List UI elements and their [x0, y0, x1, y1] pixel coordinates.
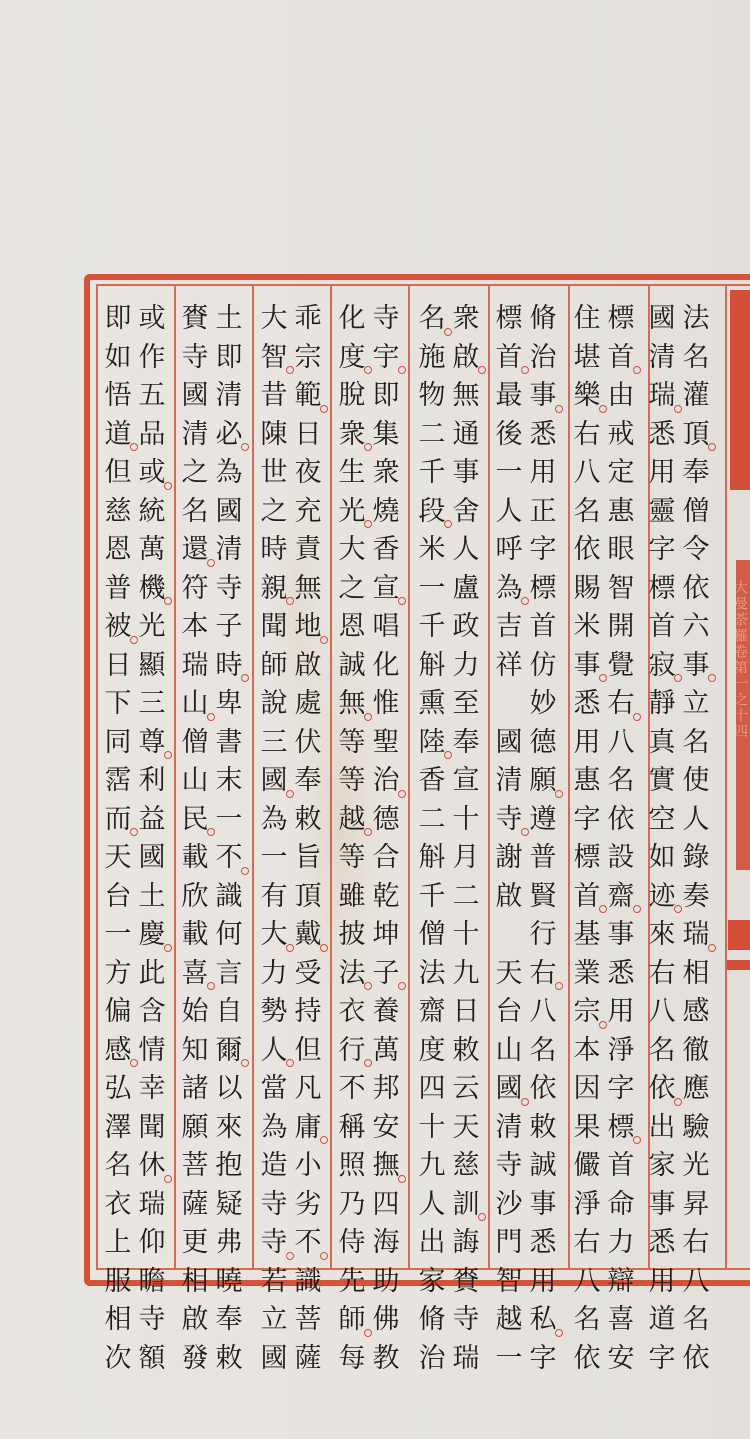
character: 惠	[605, 493, 637, 532]
character: 至	[450, 685, 482, 724]
character: 右	[646, 955, 678, 994]
character: 若	[258, 1263, 290, 1302]
character: 下	[102, 685, 134, 724]
character: 陸	[416, 724, 448, 763]
column-rule	[568, 286, 570, 1268]
character: 台	[493, 993, 525, 1032]
character: 覺	[605, 647, 637, 686]
character: 首	[605, 1147, 637, 1186]
character: 依	[680, 1340, 712, 1379]
character: 國	[258, 1340, 290, 1379]
character: 國	[179, 377, 211, 416]
character: 家	[416, 1263, 448, 1302]
character: 熏	[416, 685, 448, 724]
character: 師	[258, 647, 290, 686]
character: 受	[292, 955, 324, 994]
character: 戒	[605, 416, 637, 455]
character: 開	[605, 608, 637, 647]
character: 舍	[450, 493, 482, 532]
character: 欣	[179, 878, 211, 917]
character: 助	[370, 1263, 402, 1302]
character: 僧	[416, 916, 448, 955]
character: 基	[571, 916, 603, 955]
character: 名	[680, 724, 712, 763]
character: 脩	[527, 300, 559, 339]
character: 菩	[179, 1147, 211, 1186]
character: 國	[213, 493, 245, 532]
text-column: 乖宗範日夜充責無地啟處伏奉敕旨頂戴受持但凡庸小劣不識菩薩	[292, 300, 324, 1378]
character: 十	[450, 916, 482, 955]
character: 堪	[571, 339, 603, 378]
character: 通	[450, 416, 482, 455]
character: 字	[527, 1340, 559, 1379]
character: 即	[213, 339, 245, 378]
character: 小	[292, 1147, 324, 1186]
character: 法	[336, 955, 368, 994]
character: 但	[102, 454, 134, 493]
column-rule	[174, 286, 176, 1268]
character: 誠	[336, 647, 368, 686]
character: 名	[571, 493, 603, 532]
character: 造	[258, 1147, 290, 1186]
character: 力	[450, 647, 482, 686]
character: 乾	[370, 878, 402, 917]
character: 昇	[680, 1186, 712, 1225]
character: 坤	[370, 916, 402, 955]
character: 斛	[416, 839, 448, 878]
character: 邦	[370, 1070, 402, 1109]
character: 衆	[450, 300, 482, 339]
character: 宇	[370, 339, 402, 378]
character: 敕	[527, 1109, 559, 1148]
character: 此	[136, 955, 168, 994]
character: 清	[179, 416, 211, 455]
character: 世	[258, 454, 290, 493]
character: 如	[646, 839, 678, 878]
character: 清	[213, 531, 245, 570]
text-column: 住堪樂右八名依賜米事悉用惠字標首基業宗本因果儼淨右八名依	[571, 300, 603, 1378]
character: 願	[527, 762, 559, 801]
character: 不	[336, 1070, 368, 1109]
character: 三	[136, 685, 168, 724]
character: 字	[527, 531, 559, 570]
character: 淨	[605, 1032, 637, 1071]
character: 八	[571, 1263, 603, 1302]
character: 衆	[336, 416, 368, 455]
character: 私	[527, 1301, 559, 1340]
character: 燒	[370, 493, 402, 532]
character: 本	[179, 608, 211, 647]
character: 悉	[646, 416, 678, 455]
character: 偏	[102, 993, 134, 1032]
character: 治	[416, 1340, 448, 1379]
character: 爾	[213, 1032, 245, 1071]
character: 賜	[571, 570, 603, 609]
character: 悉	[527, 416, 559, 455]
character: 而	[102, 801, 134, 840]
character: 上	[102, 1224, 134, 1263]
character: 持	[292, 993, 324, 1032]
character: 十	[416, 1109, 448, 1148]
character: 方	[102, 955, 134, 994]
character: 賚	[450, 1263, 482, 1302]
character: 行	[336, 1032, 368, 1071]
character: 悉	[605, 955, 637, 994]
character: 夜	[292, 454, 324, 493]
margin-tab-lower	[728, 920, 750, 950]
character: 九	[450, 955, 482, 994]
character: 衣	[102, 1186, 134, 1225]
character: 三	[258, 724, 290, 763]
character: 標	[605, 300, 637, 339]
character: 仰	[136, 1224, 168, 1263]
character: 每	[336, 1340, 368, 1379]
character: 養	[370, 993, 402, 1032]
character: 知	[179, 1032, 211, 1071]
character: 頂	[680, 416, 712, 455]
character: 迹	[646, 878, 678, 917]
column-rule	[488, 286, 490, 1268]
character: 八	[527, 993, 559, 1032]
character: 首	[571, 878, 603, 917]
character: 不	[292, 1224, 324, 1263]
character: 米	[571, 608, 603, 647]
character: 宣	[370, 570, 402, 609]
character: 右	[680, 1224, 712, 1263]
character: 灌	[680, 377, 712, 416]
character: 一	[493, 454, 525, 493]
character: 人	[416, 1186, 448, 1225]
character: 立	[680, 685, 712, 724]
character: 尊	[136, 724, 168, 763]
character: 被	[102, 608, 134, 647]
character: 標	[571, 839, 603, 878]
character: 國	[646, 300, 678, 339]
character: 乖	[292, 300, 324, 339]
character: 為	[258, 1109, 290, 1148]
character: 眼	[605, 531, 637, 570]
character: 四	[370, 1186, 402, 1225]
character: 千	[416, 878, 448, 917]
character: 伏	[292, 724, 324, 763]
character: 最	[493, 377, 525, 416]
character: 相	[680, 955, 712, 994]
character: 使	[680, 762, 712, 801]
character: 自	[213, 993, 245, 1032]
column-rule	[252, 286, 254, 1268]
character: 民	[179, 801, 211, 840]
character: 寺	[258, 1186, 290, 1225]
character: 名	[605, 762, 637, 801]
character: 事	[527, 1186, 559, 1225]
character: 僧	[179, 724, 211, 763]
character: 首	[493, 339, 525, 378]
character: 云	[450, 1070, 482, 1109]
character: 為	[493, 570, 525, 609]
character: 澤	[102, 1109, 134, 1148]
character: 千	[416, 608, 448, 647]
text-column: 即如悟道但慈恩普被日下同霑而天台一方偏感弘澤名衣上服相次	[102, 300, 134, 1378]
character: 普	[527, 839, 559, 878]
character: 諸	[179, 1070, 211, 1109]
character: 事	[571, 647, 603, 686]
character: 謝	[493, 839, 525, 878]
character: 依	[646, 1070, 678, 1109]
character: 事	[680, 647, 712, 686]
character: 設	[605, 839, 637, 878]
character: 果	[571, 1109, 603, 1148]
character: 驗	[680, 1109, 712, 1148]
character: 本	[571, 1032, 603, 1071]
character: 額	[136, 1340, 168, 1379]
manuscript-page: 大曼荼羅卷第一之十四 法名灌頂奉僧令依六事立名使人錄奏瑞相感徹應驗光昇右八名依 …	[0, 0, 750, 1439]
character: 寺	[213, 570, 245, 609]
character: 地	[292, 608, 324, 647]
margin-tab-upper	[730, 290, 750, 490]
character: 標	[493, 300, 525, 339]
character: 名	[680, 1301, 712, 1340]
character: 慈	[102, 493, 134, 532]
character: 作	[136, 339, 168, 378]
character: 師	[336, 1301, 368, 1340]
character: 範	[292, 377, 324, 416]
character: 字	[571, 801, 603, 840]
character: 清	[493, 762, 525, 801]
character: 法	[416, 955, 448, 994]
character: 盧	[450, 570, 482, 609]
character: 名	[102, 1147, 134, 1186]
character: 撫	[370, 1147, 402, 1186]
character: 名	[571, 1301, 603, 1340]
character: 萬	[370, 1032, 402, 1071]
character: 國	[136, 839, 168, 878]
column-space	[493, 685, 525, 724]
character: 瞻	[136, 1263, 168, 1302]
character: 用	[527, 454, 559, 493]
character: 名	[179, 493, 211, 532]
character: 時	[258, 531, 290, 570]
character: 依	[605, 801, 637, 840]
character: 大	[258, 300, 290, 339]
character: 之	[179, 454, 211, 493]
character: 土	[213, 300, 245, 339]
character: 瑞	[450, 1340, 482, 1379]
character: 依	[680, 570, 712, 609]
text-column: 土即清必為國清寺子時卑書末一不識何言自爾以來抱疑弗曉奉敕	[213, 300, 245, 1378]
character: 一	[258, 839, 290, 878]
character: 敕	[213, 1340, 245, 1379]
character: 二	[416, 801, 448, 840]
character: 智	[605, 570, 637, 609]
character: 化	[370, 647, 402, 686]
character: 賚	[179, 300, 211, 339]
character: 十	[450, 801, 482, 840]
character: 光	[136, 608, 168, 647]
character: 霑	[102, 762, 134, 801]
character: 日	[292, 416, 324, 455]
character: 悉	[527, 1224, 559, 1263]
character: 法	[680, 300, 712, 339]
character: 瑞	[646, 377, 678, 416]
character: 道	[646, 1301, 678, 1340]
character: 喜	[179, 955, 211, 994]
character: 相	[102, 1301, 134, 1340]
character: 即	[102, 300, 134, 339]
character: 右	[571, 416, 603, 455]
character: 人	[493, 493, 525, 532]
character: 智	[258, 339, 290, 378]
character: 勢	[258, 993, 290, 1032]
character: 同	[102, 724, 134, 763]
character: 二	[450, 878, 482, 917]
character: 山	[179, 685, 211, 724]
character: 依	[571, 531, 603, 570]
character: 戴	[292, 916, 324, 955]
character: 事	[527, 377, 559, 416]
character: 日	[102, 647, 134, 686]
character: 以	[213, 1070, 245, 1109]
character: 吉	[493, 608, 525, 647]
character: 光	[336, 493, 368, 532]
character: 休	[136, 1147, 168, 1186]
character: 一	[213, 801, 245, 840]
character: 敕	[292, 801, 324, 840]
character: 台	[102, 878, 134, 917]
character: 月	[450, 839, 482, 878]
character: 願	[179, 1109, 211, 1148]
character: 人	[258, 1032, 290, 1071]
character: 凡	[292, 1070, 324, 1109]
character: 如	[102, 339, 134, 378]
character: 千	[416, 454, 448, 493]
character: 政	[450, 608, 482, 647]
margin-tab-lower-strip	[726, 960, 750, 970]
character: 之	[336, 570, 368, 609]
character: 責	[292, 531, 324, 570]
character: 為	[213, 454, 245, 493]
character: 立	[258, 1301, 290, 1340]
character: 唱	[370, 608, 402, 647]
character: 一	[102, 916, 134, 955]
text-column: 賚寺國清之名還符本瑞山僧山民載欣載喜始知諸願菩薩更相啟發	[179, 300, 211, 1378]
character: 顯	[136, 647, 168, 686]
character: 清	[646, 339, 678, 378]
character: 庸	[292, 1109, 324, 1148]
character: 施	[416, 339, 448, 378]
character: 賢	[527, 878, 559, 917]
text-column: 大智昔陳世之時親聞師說三國為一有大力勢人當為造寺寺若立國	[258, 300, 290, 1378]
character: 淨	[571, 1186, 603, 1225]
character: 用	[646, 1263, 678, 1302]
character: 字	[646, 1340, 678, 1379]
text-column: 衆啟無通事舍人盧政力至奉宣十月二十九日敕云天慈訓誨賚寺瑞	[450, 300, 482, 1378]
character: 悉	[646, 1224, 678, 1263]
character: 遵	[527, 801, 559, 840]
character: 服	[102, 1263, 134, 1302]
character: 奉	[292, 762, 324, 801]
character: 越	[493, 1301, 525, 1340]
character: 聞	[258, 608, 290, 647]
text-column: 脩治事悉用正字標首仿妙德願遵普賢行右八名依敕誠事悉用私字	[527, 300, 559, 1378]
character: 祥	[493, 647, 525, 686]
character: 集	[370, 416, 402, 455]
character: 字	[646, 531, 678, 570]
character: 喜	[605, 1301, 637, 1340]
character: 寺	[493, 1147, 525, 1186]
character: 符	[179, 570, 211, 609]
character: 命	[605, 1186, 637, 1225]
character: 陳	[258, 416, 290, 455]
character: 八	[680, 1263, 712, 1302]
character: 齋	[605, 878, 637, 917]
character: 名	[416, 300, 448, 339]
character: 定	[605, 454, 637, 493]
character: 天	[102, 839, 134, 878]
character: 人	[680, 801, 712, 840]
character: 處	[292, 685, 324, 724]
character: 一	[493, 1340, 525, 1379]
text-column: 或作五品或統萬機光顯三尊利益國土慶此含情幸聞休瑞仰瞻寺額	[136, 300, 168, 1378]
character: 徹	[680, 1032, 712, 1071]
character: 啟	[450, 339, 482, 378]
character: 寺	[450, 1301, 482, 1340]
character: 奉	[213, 1301, 245, 1340]
character: 物	[416, 377, 448, 416]
character: 德	[370, 801, 402, 840]
text-column: 名施物二千段米一千斛熏陸香二斛千僧法齋度四十九人出家脩治	[416, 300, 448, 1378]
character: 化	[336, 300, 368, 339]
character: 乃	[336, 1186, 368, 1225]
character: 瑞	[680, 916, 712, 955]
character: 真	[646, 724, 678, 763]
character: 力	[605, 1224, 637, 1263]
character: 誠	[527, 1147, 559, 1186]
character: 疑	[213, 1186, 245, 1225]
character: 五	[136, 377, 168, 416]
text-column: 寺宇即集衆燒香宣唱化惟聖治德合乾坤子養萬邦安撫四海助佛教	[370, 300, 402, 1378]
character: 弘	[102, 1070, 134, 1109]
character: 正	[527, 493, 559, 532]
character: 無	[336, 685, 368, 724]
character: 用	[527, 1263, 559, 1302]
character: 由	[605, 377, 637, 416]
character: 標	[646, 570, 678, 609]
character: 等	[336, 724, 368, 763]
character: 四	[416, 1070, 448, 1109]
character: 一	[416, 570, 448, 609]
character: 旨	[292, 839, 324, 878]
character: 山	[179, 762, 211, 801]
character: 感	[102, 1032, 134, 1071]
column-space	[493, 916, 525, 955]
character: 沙	[493, 1186, 525, 1225]
character: 訓	[450, 1186, 482, 1225]
character: 薩	[179, 1186, 211, 1225]
character: 首	[605, 339, 637, 378]
character: 清	[493, 1109, 525, 1148]
character: 充	[292, 493, 324, 532]
character: 無	[450, 377, 482, 416]
character: 卑	[213, 685, 245, 724]
character: 悉	[571, 685, 603, 724]
character: 等	[336, 839, 368, 878]
character: 因	[571, 1070, 603, 1109]
character: 出	[646, 1109, 678, 1148]
character: 弗	[213, 1224, 245, 1263]
character: 寂	[646, 647, 678, 686]
character: 說	[258, 685, 290, 724]
character: 齋	[416, 993, 448, 1032]
